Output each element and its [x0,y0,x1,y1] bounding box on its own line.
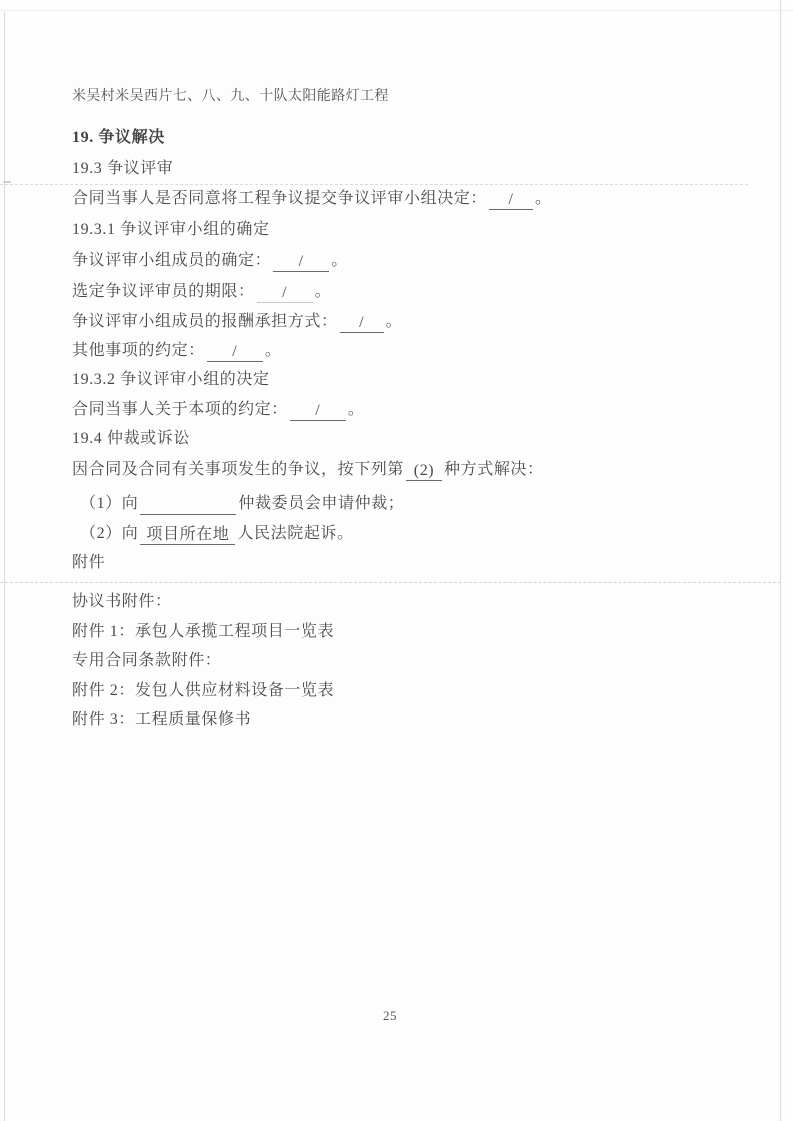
field-label: 合同当事人关于本项的约定： [72,401,288,418]
clause-term-line: 选定争议评审员的期限：/。 [72,281,331,303]
clause-19-4-heading: 19.4 仲裁或诉讼 [72,428,190,450]
special-attachments-label: 专用合同条款附件： [72,650,221,672]
blank-field-decision: / [290,402,346,421]
blank-field-other: / [207,343,263,362]
attachments-heading: 附件 [72,552,105,574]
project-title-text: 米吴村米吴西片七、八、九、十队太阳能路灯工程 [72,89,389,104]
agreement-attachments-label: 协议书附件： [72,591,172,613]
arbitration-intro-line: 因合同及合同有关事项发生的争议，按下列第(2)种方式解决： [72,459,544,481]
project-title-header: 米吴村米吴西片七、八、九、十队太阳能路灯工程 [72,86,389,108]
clause-19-heading: 19. 争议解决 [72,127,165,149]
blank-field-arbitration-committee [140,514,236,515]
scan-left-edge-line [4,12,5,1121]
clause-pay-line: 争议评审小组成员的报酬承担方式：/。 [72,311,402,333]
field-label: 争议评审小组成员的报酬承担方式： [72,313,338,330]
clause-19-3-heading: 19.3 争议评审 [72,158,173,180]
field-label: 其他事项的约定： [72,342,205,359]
clause-19-3-1-heading: 19.3.1 争议评审小组的确定 [72,219,270,241]
scan-right-edge-line [780,0,781,1121]
scan-fold-line-upper [0,184,748,185]
field-label: 争议评审小组成员的确定： [72,252,271,269]
field-label: 合同当事人是否同意将工程争议提交争议评审小组决定： [72,190,487,207]
field-label: 选定争议评审员的期限： [72,283,255,300]
arbitration-option-2-line: （2）向项目所在地人民法院起诉。 [80,523,354,545]
blank-field-members: / [273,253,329,272]
clause-other-line: 其他事项的约定：/。 [72,340,281,362]
clause-decision-line: 合同当事人关于本项的约定：/。 [72,399,364,421]
filled-field-court-location: 项目所在地 [140,526,235,545]
blank-field-agree: / [489,191,533,210]
attachment-item-2: 附件 2：发包人供应材料设备一览表 [72,680,334,702]
blank-field-term: / [257,284,313,303]
clause-19-3-2-heading: 19.3.2 争议评审小组的决定 [72,369,270,391]
arbitration-option-1-line: （1）向仲裁委员会申请仲裁； [80,493,404,515]
scan-fold-line-lower [0,582,781,583]
page-number: 25 [0,1008,780,1024]
blank-field-choice: (2) [406,462,442,481]
attachment-item-1: 附件 1：承包人承揽工程项目一览表 [72,621,334,643]
clause-members-line: 争议评审小组成员的确定：/。 [72,250,348,272]
blank-field-pay: / [340,314,384,333]
scanned-contract-page: 米吴村米吴西片七、八、九、十队太阳能路灯工程 19. 争议解决 19.3 争议评… [0,0,793,1121]
attachment-item-3: 附件 3：工程质量保修书 [72,709,251,731]
scan-top-edge-line [0,10,793,11]
scan-smudge-mark [3,181,11,183]
clause-19-3-agree-line: 合同当事人是否同意将工程争议提交争议评审小组决定：/。 [72,188,552,210]
